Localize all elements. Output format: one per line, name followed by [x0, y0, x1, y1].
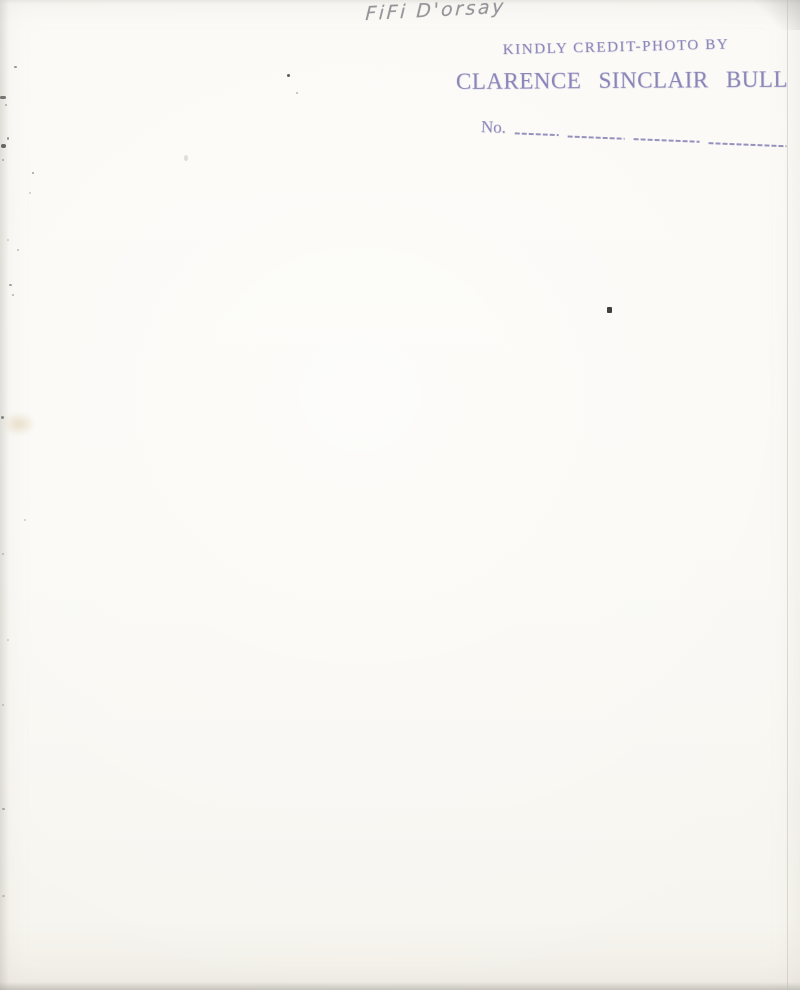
paper-edge-left	[0, 0, 9, 990]
blank-line-segment-1	[515, 132, 559, 136]
paper-speck	[29, 192, 31, 194]
paper-speck	[5, 104, 7, 106]
paper-speck	[9, 284, 12, 286]
paper-edge-bottom	[0, 982, 800, 990]
paper-speck	[2, 895, 5, 897]
paper-speck	[2, 553, 4, 555]
paper-speck	[24, 519, 26, 521]
blank-line-segment-2	[568, 135, 625, 139]
paper-speck	[2, 704, 4, 706]
stamp-photographer-name: CLARENCE SINCLAIR BULL	[456, 67, 788, 95]
paper-speck	[14, 66, 17, 68]
paper-speck	[12, 294, 14, 296]
paper-speck	[2, 159, 4, 161]
paper-speck	[32, 172, 34, 174]
photo-number-line: No.	[481, 118, 787, 147]
stamp-credit-line: KINDLY CREDIT-PHOTO BY	[503, 36, 730, 59]
paper-stain	[2, 412, 36, 436]
paper-speck	[1, 144, 6, 148]
photo-number-label: No.	[481, 118, 507, 136]
paper-speck	[296, 92, 298, 94]
paper-speck	[7, 239, 9, 241]
blank-line-segment-4	[709, 142, 787, 147]
blank-line-segment-3	[634, 138, 700, 143]
paper-speck	[184, 155, 188, 161]
paper-speck	[1, 416, 4, 419]
paper-speck	[7, 137, 9, 140]
photo-back-scan: FiFi D'orsay KINDLY CREDIT-PHOTO BY CLAR…	[0, 0, 800, 990]
paper-speck	[0, 96, 6, 99]
paper-seam-right	[787, 0, 788, 990]
paper-speck	[607, 307, 612, 313]
paper-speck	[17, 249, 19, 251]
paper-speck	[2, 808, 5, 810]
paper-speck	[7, 639, 9, 641]
paper-corner-shadow	[754, 0, 800, 30]
paper-speck	[287, 74, 290, 77]
handwritten-name: FiFi D'orsay	[365, 0, 506, 25]
